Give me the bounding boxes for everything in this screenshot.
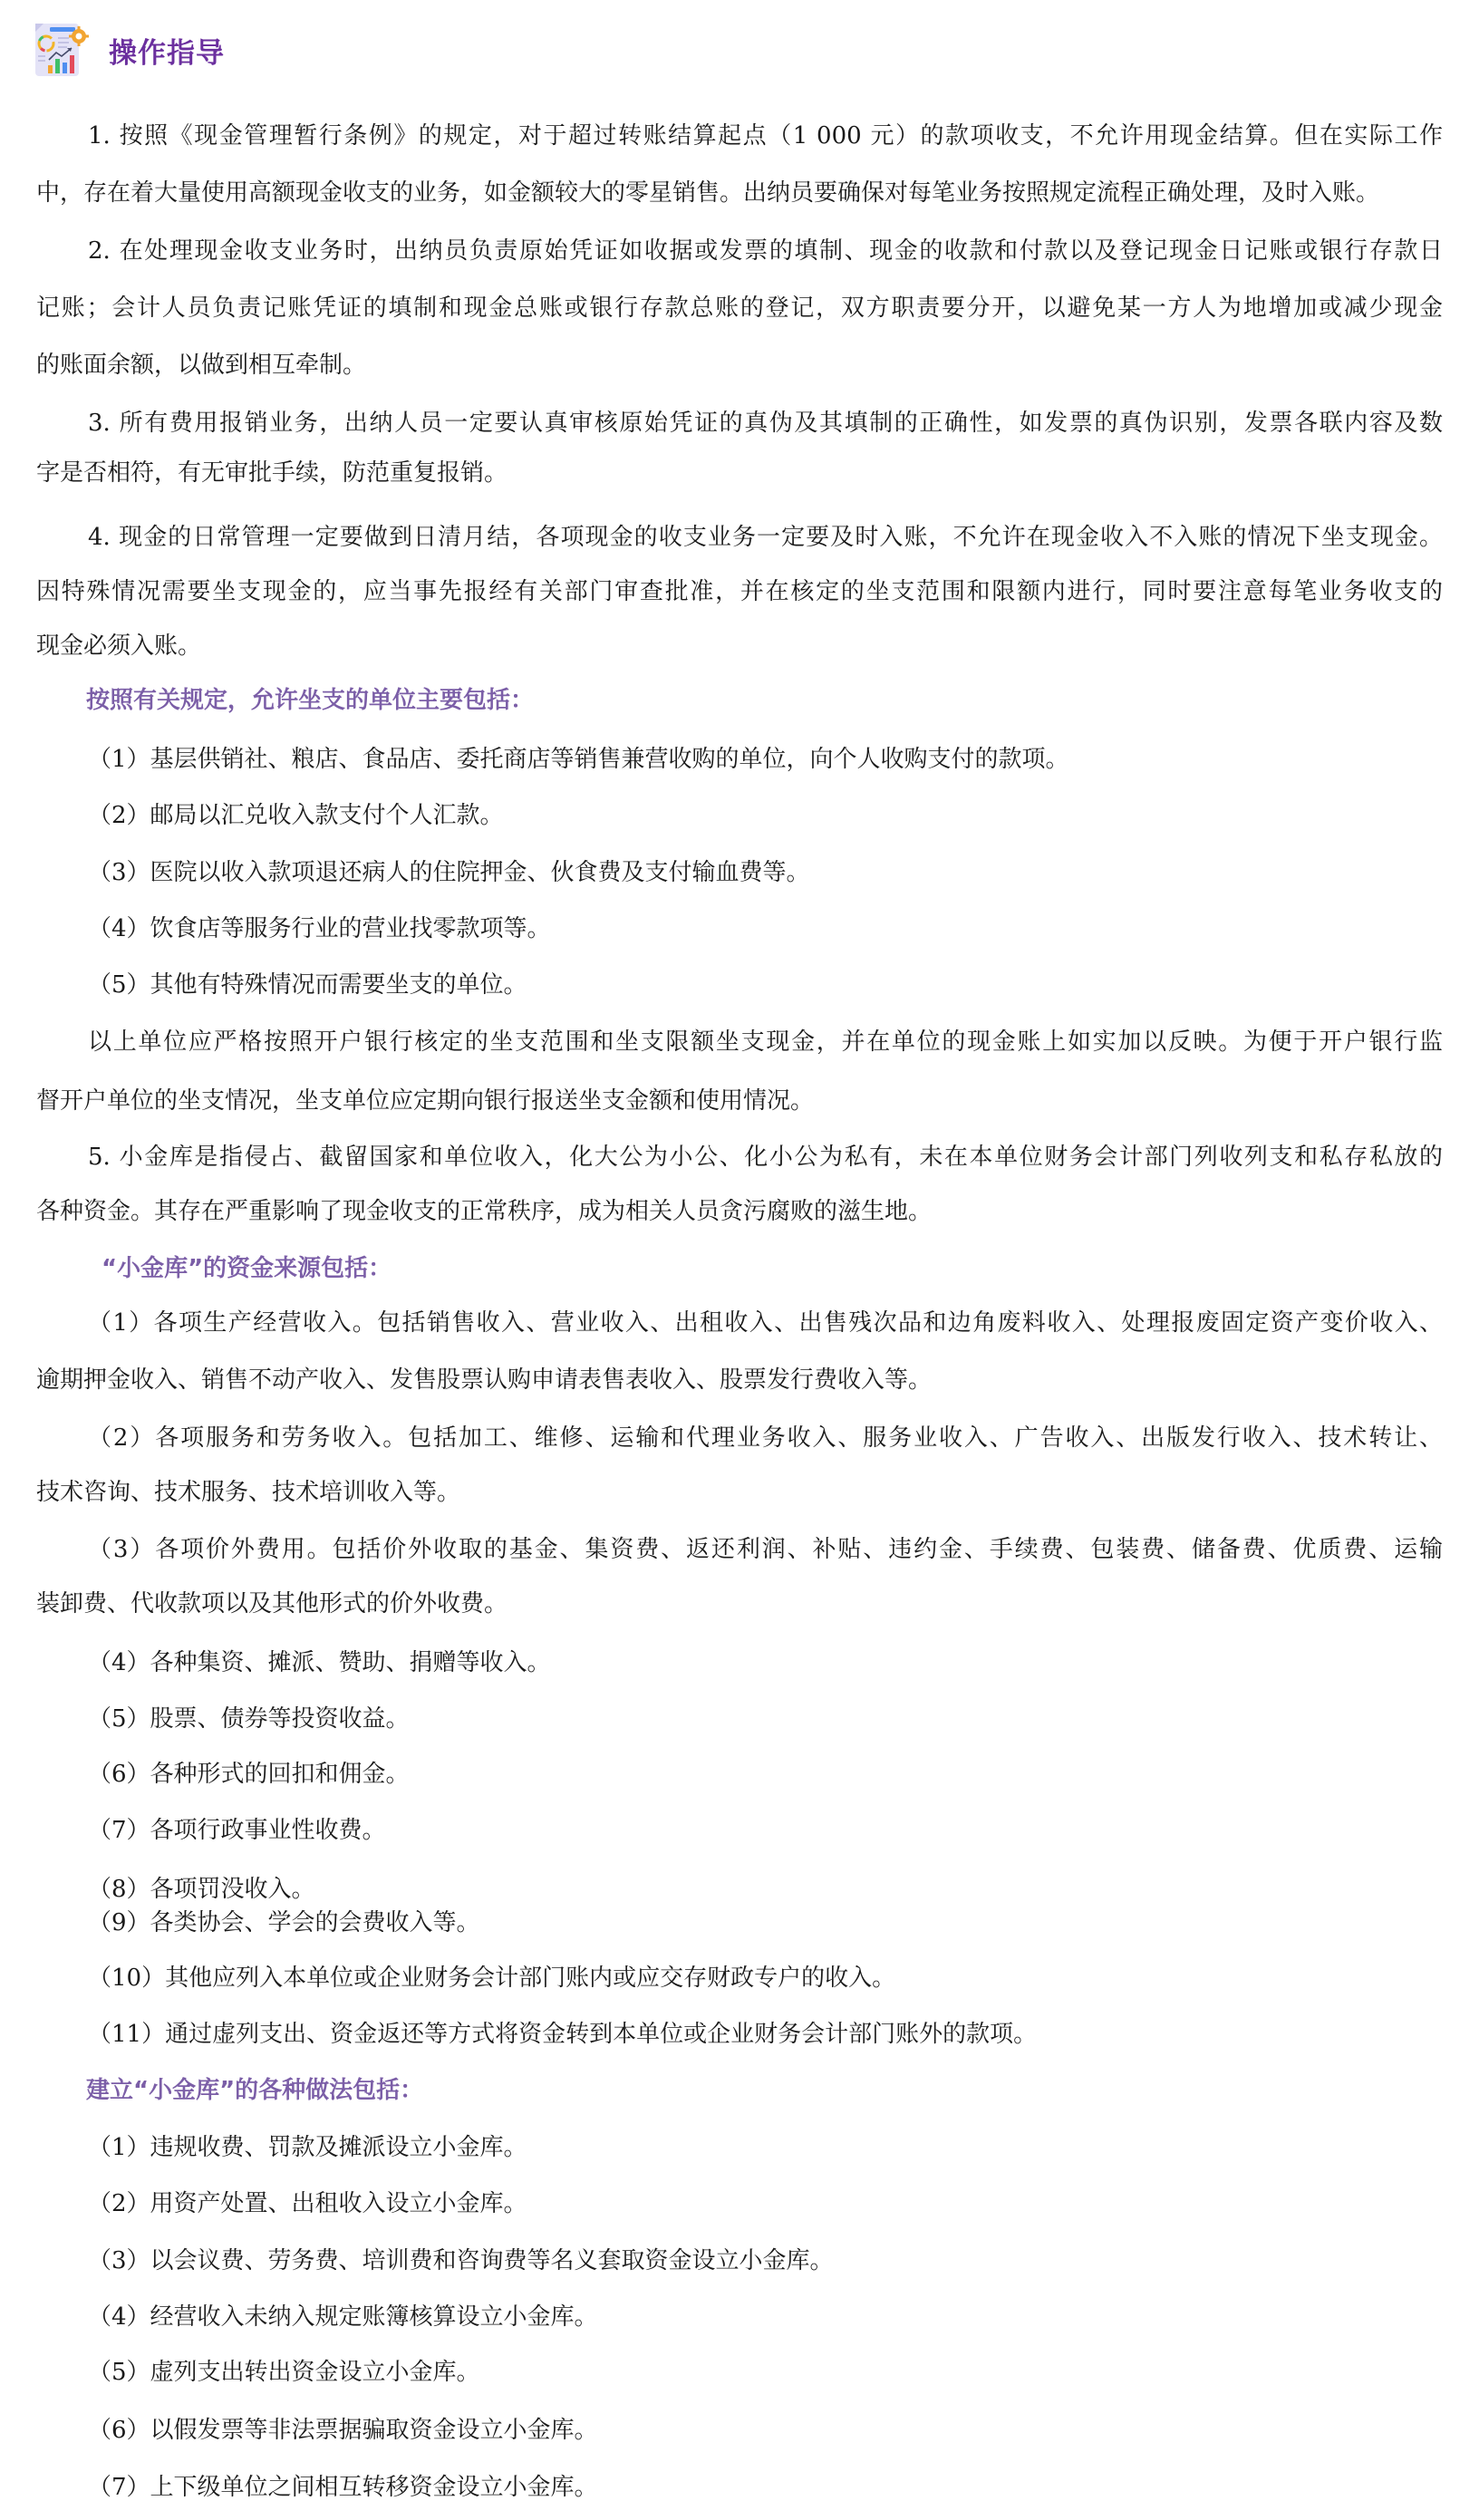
list-item: （9）各类协会、学会的会费收入等。 (88, 1907, 480, 1938)
text-line: 4. 现金的日常管理一定要做到日清月结，各项现金的收支业务一定要及时入账，不允许… (88, 522, 1443, 553)
list-item-continuation: 装卸费、代收款项以及其他形式的价外收费。 (36, 1588, 507, 1619)
list-item: （6）以假发票等非法票据骗取资金设立小金库。 (88, 2415, 598, 2446)
list-item: （5）股票、债券等投资收益。 (88, 1704, 410, 1734)
list-item: （5）虚列支出转出资金设立小金库。 (88, 2357, 480, 2388)
list-item: （2）各项服务和劳务收入。包括加工、维修、运输和代理业务收入、服务业收入、广告收… (88, 1423, 1443, 1453)
page-header: 操作指导 (33, 20, 225, 80)
text-line: 2. 在处理现金收支业务时，出纳员负责原始凭证如收据或发票的填制、现金的收款和付… (88, 236, 1443, 266)
list-item: （7）上下级单位之间相互转移资金设立小金库。 (88, 2472, 598, 2503)
list-item: （5）其他有特殊情况而需要坐支的单位。 (88, 970, 527, 1000)
list-item: （3）医院以收入款项退还病人的住院押金、伙食费及支付输血费等。 (88, 857, 810, 888)
text-line: 以上单位应严格按照开户银行核定的坐支范围和坐支限额坐支现金，并在单位的现金账上如… (88, 1027, 1443, 1057)
text-line: 各种资金。其存在严重影响了现金收支的正常秩序，成为相关人员贪污腐败的滋生地。 (36, 1196, 932, 1227)
text-line: 督开户单位的坐支情况，坐支单位应定期向银行报送坐支金额和使用情况。 (36, 1086, 814, 1116)
section-heading-zuozhi: 按照有关规定，允许坐支的单位主要包括： (86, 685, 534, 716)
list-item: （1）各项生产经营收入。包括销售收入、营业收入、出租收入、出售残次品和边角废料收… (88, 1308, 1443, 1338)
list-item: （2）用资产处置、出租收入设立小金库。 (88, 2188, 527, 2219)
list-item: （1）基层供销社、粮店、食品店、委托商店等销售兼营收购的单位，向个人收购支付的款… (88, 744, 1069, 775)
text-line: 字是否相符，有无审批手续，防范重复报销。 (36, 458, 507, 488)
list-item: （11）通过虚列支出、资金返还等方式将资金转到本单位或企业财务会计部门账外的款项… (88, 2019, 1037, 2050)
list-item: （4）各种集资、摊派、赞助、捐赠等收入。 (88, 1647, 551, 1678)
section-heading-methods: 建立“小金库”的各种做法包括： (86, 2075, 423, 2106)
section-heading-sources: “小金库”的资金来源包括： (101, 1253, 391, 1284)
list-item-continuation: 技术咨询、技术服务、技术培训收入等。 (36, 1477, 460, 1508)
text-line: 记账；会计人员负责记账凭证的填制和现金总账或银行存款总账的登记，双方职责要分开，… (36, 293, 1443, 323)
page-title: 操作指导 (109, 30, 225, 71)
list-item: （2）邮局以汇兑收入款支付个人汇款。 (88, 800, 504, 831)
report-chart-gear-icon (33, 22, 89, 78)
list-item: （3）以会议费、劳务费、培训费和咨询费等名义套取资金设立小金库。 (88, 2245, 834, 2276)
list-item: （10）其他应列入本单位或企业财务会计部门账内或应交存财政专户的收入。 (88, 1963, 895, 1994)
list-item: （8）各项罚没收入。 (88, 1874, 315, 1905)
list-item: （3）各项价外费用。包括价外收取的基金、集资费、返还利润、补贴、违约金、手续费、… (88, 1534, 1443, 1565)
text-line: 5. 小金库是指侵占、截留国家和单位收入，化大公为小公、化小公为私有，未在本单位… (88, 1142, 1443, 1173)
text-line: 1. 按照《现金管理暂行条例》的规定，对于超过转账结算起点（1 000 元）的款… (88, 121, 1443, 151)
list-item: （7）各项行政事业性收费。 (88, 1815, 386, 1846)
list-item: （4）经营收入未纳入规定账簿核算设立小金库。 (88, 2302, 598, 2332)
text-line: 的账面余额，以做到相互牵制。 (36, 350, 366, 381)
list-item: （1）违规收费、罚款及摊派设立小金库。 (88, 2132, 527, 2163)
text-line: 因特殊情况需要坐支现金的，应当事先报经有关部门审查批准，并在核定的坐支范围和限额… (36, 576, 1443, 607)
list-item-continuation: 逾期押金收入、销售不动产收入、发售股票认购申请表售表收入、股票发行费收入等。 (36, 1365, 932, 1395)
list-item: （4）饮食店等服务行业的营业找零款项等。 (88, 913, 551, 944)
text-line: 现金必须入账。 (36, 631, 201, 661)
text-line: 3. 所有费用报销业务，出纳人员一定要认真审核原始凭证的真伪及其填制的正确性，如… (88, 408, 1443, 439)
list-item: （6）各种形式的回扣和佣金。 (88, 1759, 410, 1790)
text-line: 中，存在着大量使用高额现金收支的业务，如金额较大的零星销售。出纳员要确保对每笔业… (36, 178, 1379, 208)
